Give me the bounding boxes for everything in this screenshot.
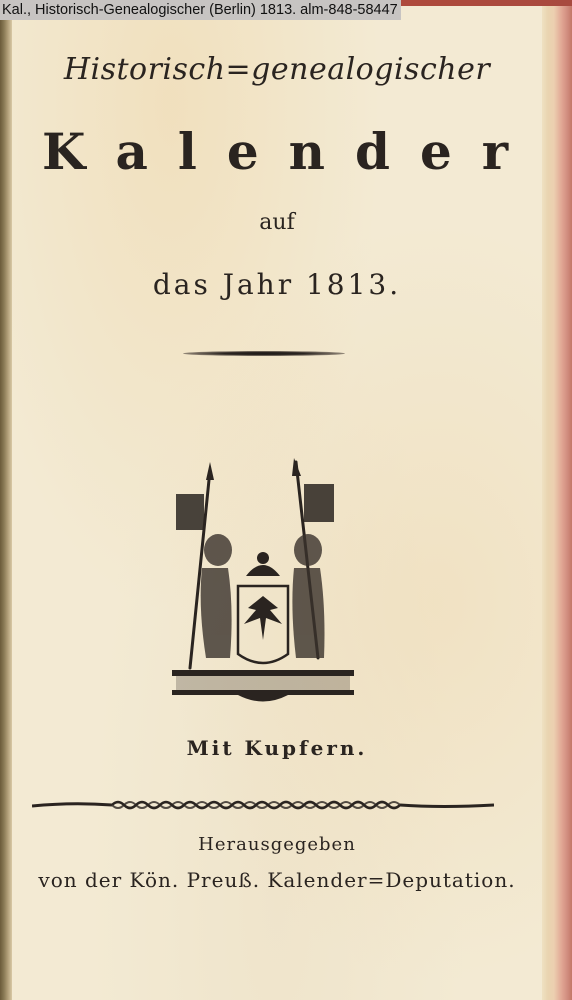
mit-kupfern-label: Mit Kupfern. [12,736,542,760]
ornamental-rule-icon [183,351,345,356]
coat-of-arms-icon [168,458,358,704]
herausgegeben-label: Herausgegeben [12,834,542,855]
title-line-auf: auf [12,210,542,235]
title-line-kalender: Kalender [20,122,530,181]
publisher-line: von der Kön. Preuß. Kalender=Deputation. [12,868,542,892]
book-binding [0,0,12,1000]
title-line-historisch-genealogischer: Historisch=genealogischer [12,52,542,87]
image-caption-bar: Kal., Historisch-Genealogischer (Berlin)… [0,0,401,20]
book-scan: Historisch=genealogischer Kalender auf d… [0,0,572,1000]
page-edges [542,6,572,1000]
title-line-year: das Jahr 1813. [12,268,542,301]
rope-rule-icon [32,798,494,812]
